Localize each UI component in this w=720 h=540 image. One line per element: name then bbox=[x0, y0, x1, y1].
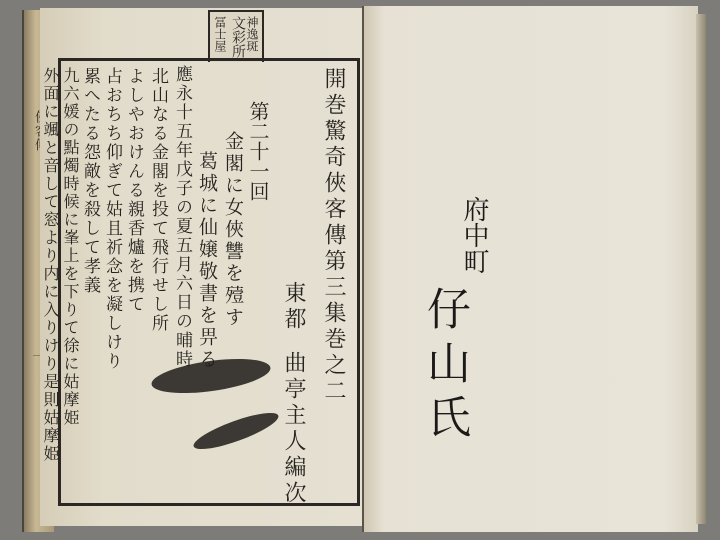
publisher-tab: 神逸斑 文彩所 冨士屋 bbox=[208, 10, 264, 62]
chapter-number: 第二十一回 bbox=[244, 101, 273, 201]
ink-stain bbox=[190, 406, 281, 456]
ink-stain bbox=[149, 353, 272, 399]
inscription-large: 仔山氏 bbox=[412, 286, 476, 448]
text-column-1: 應永十五年戊子の夏五月六日の晡時 bbox=[169, 65, 195, 369]
chapter-title-2: 葛城に仙嬢敬書を畀る bbox=[194, 151, 221, 371]
left-page: 神逸斑 文彩所 冨士屋 開巻驚奇俠客傳第三集巻之二 東都 曲亭主人編次 第二十一… bbox=[40, 8, 362, 526]
right-page: 府中町 仔山氏 bbox=[362, 6, 698, 532]
author: 曲亭主人編次 bbox=[278, 351, 309, 507]
tab-col2: 文彩所 bbox=[228, 16, 248, 58]
text-column-7: 外面に颯と音して窓より内に入りけり是則姑摩姫 bbox=[37, 67, 63, 463]
book-title: 開巻驚奇俠客傳第三集巻之二 bbox=[318, 67, 349, 405]
inscription-small: 府中町 bbox=[456, 196, 493, 274]
page-edge bbox=[696, 14, 706, 524]
author-place: 東都 bbox=[278, 281, 309, 333]
text-frame: 開巻驚奇俠客傳第三集巻之二 東都 曲亭主人編次 第二十一回 金閣に女俠讐を殪す … bbox=[58, 58, 360, 506]
text-column-2: 北山なる金閣を投て飛行せし所 bbox=[145, 67, 171, 333]
chapter-title-1: 金閣に女俠讐を殪す bbox=[220, 131, 247, 329]
tab-col3: 冨士屋 bbox=[212, 16, 229, 52]
